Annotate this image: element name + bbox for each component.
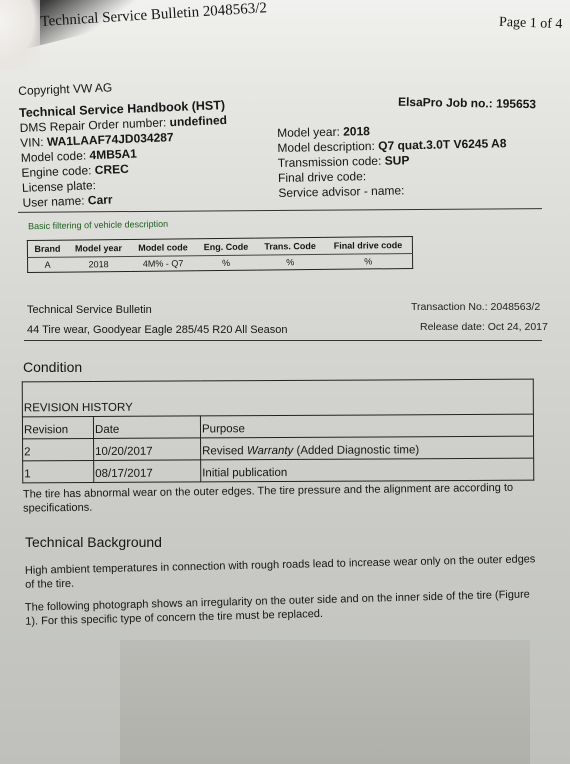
revision-date: 08/17/2017 (94, 460, 201, 483)
purpose-text: Initial publication (202, 467, 287, 479)
meta-field-label: Engine code: (21, 163, 95, 180)
background-paragraph-2: The following photograph shows an irregu… (25, 587, 541, 628)
figure-area-faded (120, 640, 530, 764)
filter-header: Brand (27, 240, 67, 257)
elsapro-job: ElsaPro Job no.: 195653 (398, 95, 536, 111)
filter-cell: A (28, 257, 68, 272)
meta-field-label: VIN: (20, 135, 47, 150)
meta-field-value: Carr (88, 192, 113, 207)
filter-header: Final drive code (324, 236, 412, 254)
revision-purpose: Initial publication (201, 458, 534, 482)
meta-field-value: Q7 quat.3.0T V6245 A8 (378, 136, 507, 153)
meta-divider (18, 208, 542, 213)
meta-left: Copyright VW AG Technical Service Handbo… (18, 76, 230, 211)
meta-field-value: 4MB5A1 (89, 146, 137, 162)
revision-history-table: REVISION HISTORY Revision Date Purpose 2… (22, 379, 535, 484)
meta-field-value: SUP (385, 153, 410, 168)
filter-cell: % (256, 254, 324, 270)
release-date: Release date: Oct 24, 2017 (420, 321, 548, 333)
meta-field-label: Model year: (277, 125, 343, 140)
purpose-text: Revised (202, 445, 247, 457)
meta-field-label: Model code: (21, 148, 90, 165)
finger-overlay (0, 0, 40, 70)
meta-field-label: Service advisor - name: (278, 183, 404, 200)
col-purpose: Purpose (200, 414, 533, 438)
technical-background-heading: Technical Background (25, 534, 162, 550)
meta-field-value: CREC (94, 162, 129, 177)
meta-field-label: License plate: (22, 178, 97, 195)
transaction-number: Transaction No.: 2048563/2 (411, 301, 540, 313)
vehicle-filter-table: BrandModel yearModel codeEng. CodeTrans.… (27, 236, 413, 273)
filter-header: Trans. Code (256, 237, 324, 255)
meta-field-label: Transmission code: (278, 154, 385, 170)
meta-field-label: Final drive code: (278, 169, 366, 185)
filter-header: Model code (130, 239, 196, 257)
col-date: Date (93, 416, 200, 439)
revision-purpose: Revised Warranty (Added Diagnostic time) (201, 436, 534, 460)
meta-right: Model year: 2018Model description: Q7 qu… (277, 121, 508, 201)
bulletin-label: Technical Service Bulletin (27, 304, 152, 316)
revision-number: 2 (23, 438, 94, 460)
revision-row: 210/20/2017Revised Warranty (Added Diagn… (23, 436, 534, 461)
filter-cell: 4M% - Q7 (130, 256, 196, 272)
purpose-emphasis: Warranty (247, 445, 294, 457)
bulletin-description: 44 Tire wear, Goodyear Eagle 285/45 R20 … (27, 324, 288, 336)
revision-history-title: REVISION HISTORY (22, 379, 533, 417)
document-page: Technical Service Bulletin 2048563/2 Pag… (0, 0, 570, 764)
filter-header: Eng. Code (196, 238, 256, 256)
filter-row: A20184M% - Q7%%% (28, 253, 413, 272)
filter-cell: % (324, 253, 412, 269)
revision-number: 1 (23, 460, 94, 482)
purpose-text-suffix: (Added Diagnostic time) (293, 444, 419, 457)
col-revision: Revision (22, 416, 93, 438)
revision-row: 108/17/2017Initial publication (23, 458, 534, 483)
meta-field-label: User name: (22, 193, 88, 209)
filter-header: Model year (67, 239, 130, 257)
filter-cell: % (196, 255, 256, 271)
filter-title: Basic filtering of vehicle description (28, 219, 168, 231)
condition-text: The tire has abnormal wear on the outer … (23, 480, 543, 515)
condition-heading: Condition (23, 359, 82, 375)
filter-cell: 2018 (67, 256, 130, 272)
meta-field-label: Model description: (277, 139, 378, 155)
copyright: Copyright VW AG (18, 76, 226, 98)
page-indicator: Page 1 of 4 (499, 15, 563, 33)
background-paragraph-1: High ambient temperatures in connection … (25, 552, 541, 592)
meta-field-value: undefined (169, 113, 227, 129)
bulletin-divider (24, 340, 542, 341)
revision-date: 10/20/2017 (94, 438, 201, 461)
meta-field-value: 2018 (343, 124, 370, 139)
